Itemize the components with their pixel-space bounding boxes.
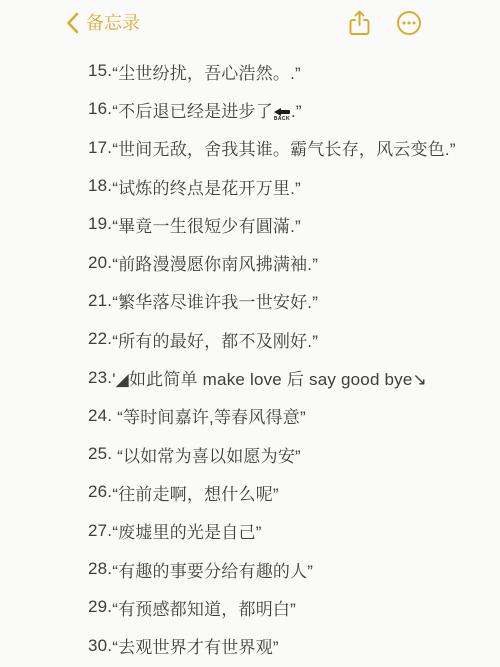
note-line: 22.“所有的最好，都不及刚好.” <box>0 320 500 358</box>
line-text: “繁华落尽谁许我一世安好.” <box>112 288 318 313</box>
note-line: 16.“不后退已经是进步了BACK.” <box>0 90 500 128</box>
line-text: “有预感都知道，都明白” <box>112 595 296 620</box>
note-line: 27.“废墟里的光是自己” <box>0 512 500 550</box>
back-button[interactable]: 备忘录 <box>66 9 140 37</box>
note-line: 17.“世间无敌，舍我其谁。霸气长存，风云变色.” <box>0 129 500 167</box>
note-body[interactable]: 15.“尘世纷扰，吾心浩然。.” 16.“不后退已经是进步了BACK.” 17.… <box>0 46 500 667</box>
line-number: 26. <box>88 482 112 502</box>
line-text: “有趣的事要分给有趣的人” <box>112 557 313 582</box>
chevron-left-icon <box>66 12 79 34</box>
line-number: 20. <box>88 253 112 273</box>
note-line: 25. “以如常为喜以如愿为安” <box>0 435 500 473</box>
note-line: 20.“前路漫漫愿你南风拂满袖.” <box>0 243 500 281</box>
note-line: 18.“试炼的终点是花开万里.” <box>0 167 500 205</box>
note-line: 30.“去观世界才有世界观” <box>0 626 500 664</box>
line-number: 29. <box>88 597 112 617</box>
line-text: “试炼的终点是花开万里.” <box>112 174 301 199</box>
line-number: 28. <box>88 559 112 579</box>
note-line: 23.'◢如此简单 make love 后 say good bye↘ <box>0 358 500 396</box>
line-number: 19. <box>88 214 112 234</box>
line-number: 21. <box>88 291 112 311</box>
ellipsis-circle-icon[interactable] <box>394 8 424 38</box>
line-text: “去观世界才有世界观” <box>112 633 279 658</box>
line-number: 25. <box>88 444 112 464</box>
note-line: 24. “等时间嘉许,等春风得意” <box>0 397 500 435</box>
line-number: 23. <box>88 368 112 388</box>
navigation-bar: 备忘录 <box>0 0 500 46</box>
line-text: “世间无敌，舍我其谁。霸气长存，风云变色.” <box>112 135 455 160</box>
line-text: “尘世纷扰，吾心浩然。.” <box>112 59 301 84</box>
back-emoji-icon: BACK <box>274 108 290 122</box>
back-button-label: 备忘录 <box>86 9 140 37</box>
note-line: 15.“尘世纷扰，吾心浩然。.” <box>0 52 500 90</box>
line-text: “前路漫漫愿你南风拂满袖.” <box>112 250 318 275</box>
share-icon[interactable] <box>345 8 375 38</box>
line-text: “往前走啊，想什么呢” <box>112 480 279 505</box>
line-text: “以如常为喜以如愿为安” <box>112 442 301 467</box>
note-line: 26.“往前走啊，想什么呢” <box>0 473 500 511</box>
line-number: 22. <box>88 329 112 349</box>
note-line: 28.“有趣的事要分给有趣的人” <box>0 550 500 588</box>
line-text: “不后退已经是进步了BACK.” <box>112 97 302 122</box>
note-line: 21.“繁华落尽谁许我一世安好.” <box>0 282 500 320</box>
line-number: 30. <box>88 636 112 656</box>
line-number: 27. <box>88 521 112 541</box>
notes-app: 备忘录 15.“尘世纷扰，吾心浩然。.” 16.“不后退已经是进步了BAC <box>0 0 500 667</box>
line-number: 17. <box>88 138 112 158</box>
line-number: 18. <box>88 176 112 196</box>
line-text: “畢竟一生很短少有圓滿.” <box>112 212 301 237</box>
line-text: '◢如此简单 make love 后 say good bye↘ <box>112 365 427 390</box>
note-line: 19.“畢竟一生很短少有圓滿.” <box>0 205 500 243</box>
line-text: “所有的最好，都不及刚好.” <box>112 327 318 352</box>
note-line: 29.“有预感都知道，都明白” <box>0 588 500 626</box>
line-number: 15. <box>88 61 112 81</box>
line-text: “等时间嘉许,等春风得意” <box>112 403 306 428</box>
line-text: “废墟里的光是自己” <box>112 518 261 543</box>
line-number: 16. <box>88 99 112 119</box>
line-number: 24. <box>88 406 112 426</box>
